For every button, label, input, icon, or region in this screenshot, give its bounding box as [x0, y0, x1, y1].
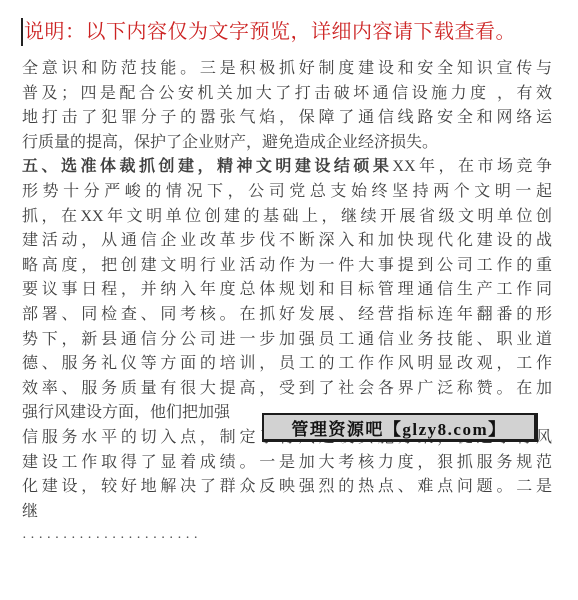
text-line: 地打击了犯罪分子的嚣张气焰，保障了通信线路安全和网络运 [22, 106, 552, 131]
text-line: 势下，新县通信分公司进一步加强员工通信业务技能、职业道 [22, 328, 552, 353]
text-line: 德、服务礼仪等方面的培训，员工的工作作风明显改观，工作 [22, 352, 552, 377]
text-line: 部署、同检查、同考核。在抓好发展、经营指标连年翻番的形 [22, 303, 552, 328]
text-line: 继 [22, 500, 552, 525]
ellipsis-line: ······················ [22, 531, 202, 547]
text-line: 行质量的提高，保护了企业财产，避免造成企业经济损失。 [22, 131, 552, 156]
text-cursor [21, 18, 23, 46]
preview-notice: 说明：以下内容仅为文字预览，详细内容请下载查看。 [24, 17, 516, 47]
text-line: 效率、服务质量有很大提高，受到了社会各界广泛称赞。在加 [22, 377, 552, 402]
text-line: 抓，在XX年文明单位创建的基础上，继续开展省级文明单位创 [22, 205, 552, 230]
section-heading: 五、选准体裁抓创建，精神文明建设结硕果 [22, 158, 392, 175]
text-line: 形势十分严峻的情况下，公司党总支始终坚持两个文明一起 [22, 180, 552, 205]
watermark-box: 管理资源吧【glzy8.com】 [262, 413, 538, 442]
text-line: 建设工作取得了显着成绩。一是加大考核力度，狠抓服务规范 [22, 451, 552, 476]
text-line: 建活动，从通信企业改革步伐不断深入和加快现代化建设的战 [22, 229, 552, 254]
text-line: 略高度，把创建文明行业活动作为一件大事提到公司工作的重 [22, 254, 552, 279]
text-line: 普及；四是配合公安机关加大了打击破坏通信设施力度 ，有效 [22, 82, 552, 107]
text-line: 五、选准体裁抓创建，精神文明建设结硕果XX年，在市场竞争 [22, 155, 552, 180]
document-body: 全意识和防范技能。三是积极抓好制度建设和安全知识宣传与普及；四是配合公安机关加大… [22, 57, 552, 524]
text-line: 要议事日程，并纳入年度总体规划和目标管理通信生产工作同 [22, 278, 552, 303]
text-line: 全意识和防范技能。三是积极抓好制度建设和安全知识宣传与 [22, 57, 552, 82]
text-line: 化建设，较好地解决了群众反映强烈的热点、难点问题。二是 [22, 475, 552, 500]
